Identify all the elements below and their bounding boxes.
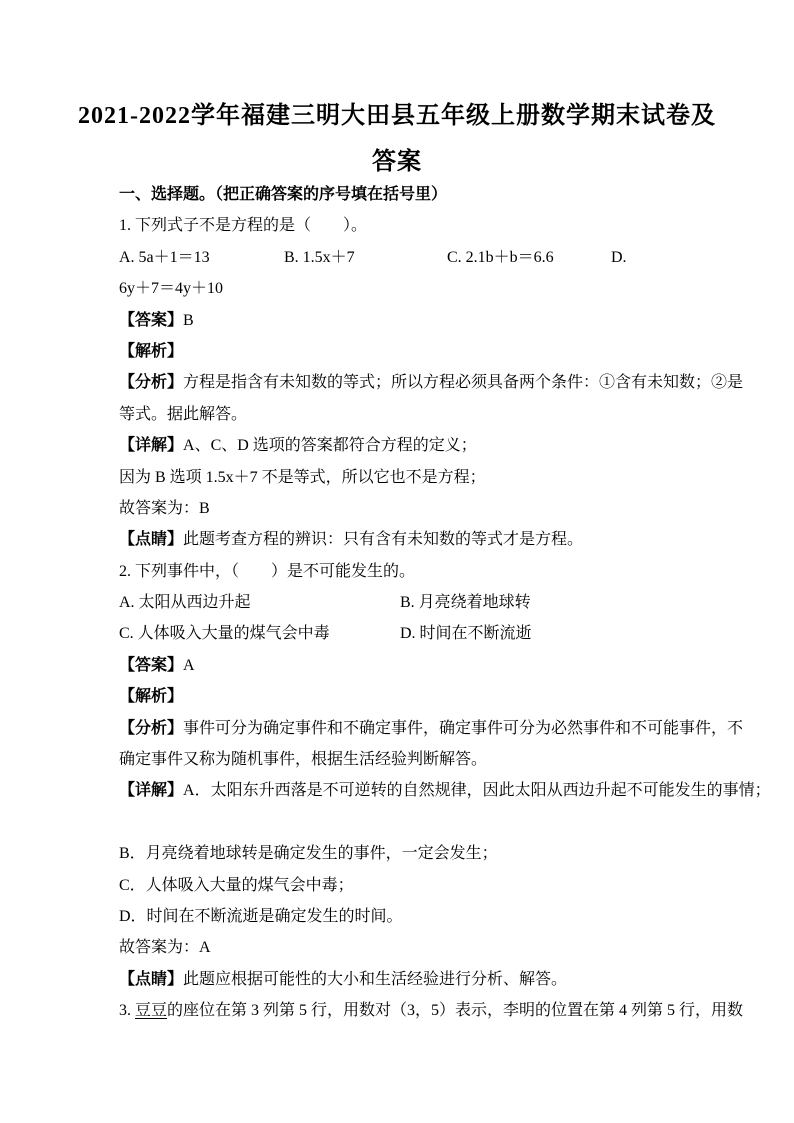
text-segment: 1. 下列式子不是方程的是（ ）。 <box>119 217 367 234</box>
option-item: A. 5a＋1＝13 <box>119 242 210 273</box>
text-segment: A <box>183 657 195 674</box>
question-2-options-row-2: C. 人体吸入大量的煤气会中毒D. 时间在不断流逝 <box>119 618 679 649</box>
answer-1: 【答案】B <box>119 305 679 336</box>
question-1: 1. 下列式子不是方程的是（ ）。 <box>119 210 679 241</box>
text-segment: 【详解】 <box>119 437 183 454</box>
text-segment: 故答案为：B <box>119 500 210 517</box>
text-segment: 豆豆 <box>135 1002 167 1019</box>
text-segment: 【点睛】 <box>119 531 183 548</box>
dianjing-1: 【点睛】此题考查方程的辨识：只有含有未知数的等式才是方程。 <box>119 524 679 555</box>
option-item: D. <box>611 242 627 273</box>
text-segment: A．太阳东升西落是不可逆转的自然规律，因此太阳从西边升起不可能发生的事情； <box>183 782 771 799</box>
document-title-line: 2021-2022学年福建三明大田县五年级上册数学期末试卷及 <box>0 93 794 139</box>
option-item: B. 月亮绕着地球转 <box>400 587 531 618</box>
question-3: 3. 豆豆的座位在第 3 列第 5 行，用数对（3，5）表示，李明的位置在第 4… <box>119 995 679 1026</box>
text-segment: 一、选择题。（把正确答案的序号填在括号里） <box>119 186 447 203</box>
xiangjie-1-line-3: 故答案为：B <box>119 493 679 524</box>
text-segment: A、C、D 选项的答案都符合方程的定义； <box>183 437 477 454</box>
fenxi-1-line-1: 【分析】方程是指含有未知数的等式；所以方程必须具备两个条件：①含有未知数；②是 <box>119 367 679 398</box>
section-header: 一、选择题。（把正确答案的序号填在括号里） <box>119 179 679 210</box>
text-segment: 【点睛】 <box>119 971 183 988</box>
option-item: B. 1.5x＋7 <box>284 242 355 273</box>
text-segment: 事件可分为确定事件和不确定事件，确定事件可分为必然事件和不可能事件，不 <box>183 720 743 737</box>
text-segment: 因为 B 选项 1.5x＋7 不是等式，所以它也不是方程； <box>119 469 486 486</box>
xiangjie-1-line-2: 因为 B 选项 1.5x＋7 不是等式，所以它也不是方程； <box>119 462 679 493</box>
text-segment: 【分析】 <box>119 374 183 391</box>
xiangjie-2-line-b: B．月亮绕着地球转是确定发生的事件，一定会发生； <box>119 838 679 869</box>
text-segment: 【解析】 <box>119 343 183 360</box>
question-1-options: A. 5a＋1＝13B. 1.5x＋7C. 2.1b＋b＝6.6D. <box>119 242 679 273</box>
text-segment: 【答案】 <box>119 657 183 674</box>
question-2-options-row-1: A. 太阳从西边升起B. 月亮绕着地球转 <box>119 587 679 618</box>
text-segment: 方程是指含有未知数的等式；所以方程必须具备两个条件：①含有未知数；②是 <box>183 374 743 391</box>
option-item: C. 2.1b＋b＝6.6 <box>447 242 554 273</box>
option-item: C. 人体吸入大量的煤气会中毒 <box>119 618 330 649</box>
jiexi-2: 【解析】 <box>119 681 679 712</box>
xiangjie-1: 【详解】A、C、D 选项的答案都符合方程的定义； <box>119 430 679 461</box>
text-segment: 等式。据此解答。 <box>119 406 247 423</box>
option-item: A. 太阳从西边升起 <box>119 587 251 618</box>
text-segment: C．人体吸入大量的煤气会中毒； <box>119 877 354 894</box>
fenxi-2-line-1: 【分析】事件可分为确定事件和不确定事件，确定事件可分为必然事件和不可能事件，不 <box>119 713 679 744</box>
document-body: 一、选择题。（把正确答案的序号填在括号里）1. 下列式子不是方程的是（ ）。A.… <box>119 179 679 1027</box>
text-segment: D．时间在不断流逝是确定发生的时间。 <box>119 908 403 925</box>
answer-2: 【答案】A <box>119 650 679 681</box>
fenxi-1-line-2: 等式。据此解答。 <box>119 399 679 430</box>
fenxi-2-line-2: 确定事件又称为随机事件，根据生活经验判断解答。 <box>119 744 679 775</box>
text-segment: 【答案】 <box>119 312 183 329</box>
text-segment: 此题考查方程的辨识：只有含有未知数的等式才是方程。 <box>183 531 583 548</box>
text-segment: B．月亮绕着地球转是确定发生的事件，一定会发生； <box>119 845 498 862</box>
xiangjie-2-line-a: 【详解】A．太阳东升西落是不可逆转的自然规律，因此太阳从西边升起不可能发生的事情… <box>119 775 679 806</box>
text-segment: 的座位在第 3 列第 5 行，用数对（3，5）表示，李明的位置在第 4 列第 5… <box>167 1002 743 1019</box>
xiangjie-2-line-d: D．时间在不断流逝是确定发生的时间。 <box>119 901 679 932</box>
question-2: 2. 下列事件中，（ ）是不可能发生的。 <box>119 556 679 587</box>
text-segment: 3. <box>119 1002 135 1019</box>
text-segment: 2. 下列事件中，（ ）是不可能发生的。 <box>119 563 415 580</box>
option-item: D. 时间在不断流逝 <box>400 618 532 649</box>
text-segment: 【分析】 <box>119 720 183 737</box>
text-segment: 确定事件又称为随机事件，根据生活经验判断解答。 <box>119 751 487 768</box>
text-segment: 【详解】 <box>119 782 183 799</box>
xiangjie-2-conclusion: 故答案为：A <box>119 932 679 963</box>
blank-line <box>119 807 679 838</box>
text-segment: 【解析】 <box>119 688 183 705</box>
exam-document-page: 2021-2022学年福建三明大田县五年级上册数学期末试卷及答案 一、选择题。（… <box>0 0 794 1123</box>
question-1-option-d-continued: 6y＋7＝4y＋10 <box>119 273 679 304</box>
xiangjie-2-line-c: C．人体吸入大量的煤气会中毒； <box>119 870 679 901</box>
text-segment: 此题应根据可能性的大小和生活经验进行分析、解答。 <box>183 971 567 988</box>
dianjing-2: 【点睛】此题应根据可能性的大小和生活经验进行分析、解答。 <box>119 964 679 995</box>
text-segment: 6y＋7＝4y＋10 <box>119 280 223 297</box>
text-segment: B <box>183 312 194 329</box>
text-segment: 故答案为：A <box>119 939 211 956</box>
document-title: 2021-2022学年福建三明大田县五年级上册数学期末试卷及答案 <box>0 93 794 185</box>
jiexi-1: 【解析】 <box>119 336 679 367</box>
